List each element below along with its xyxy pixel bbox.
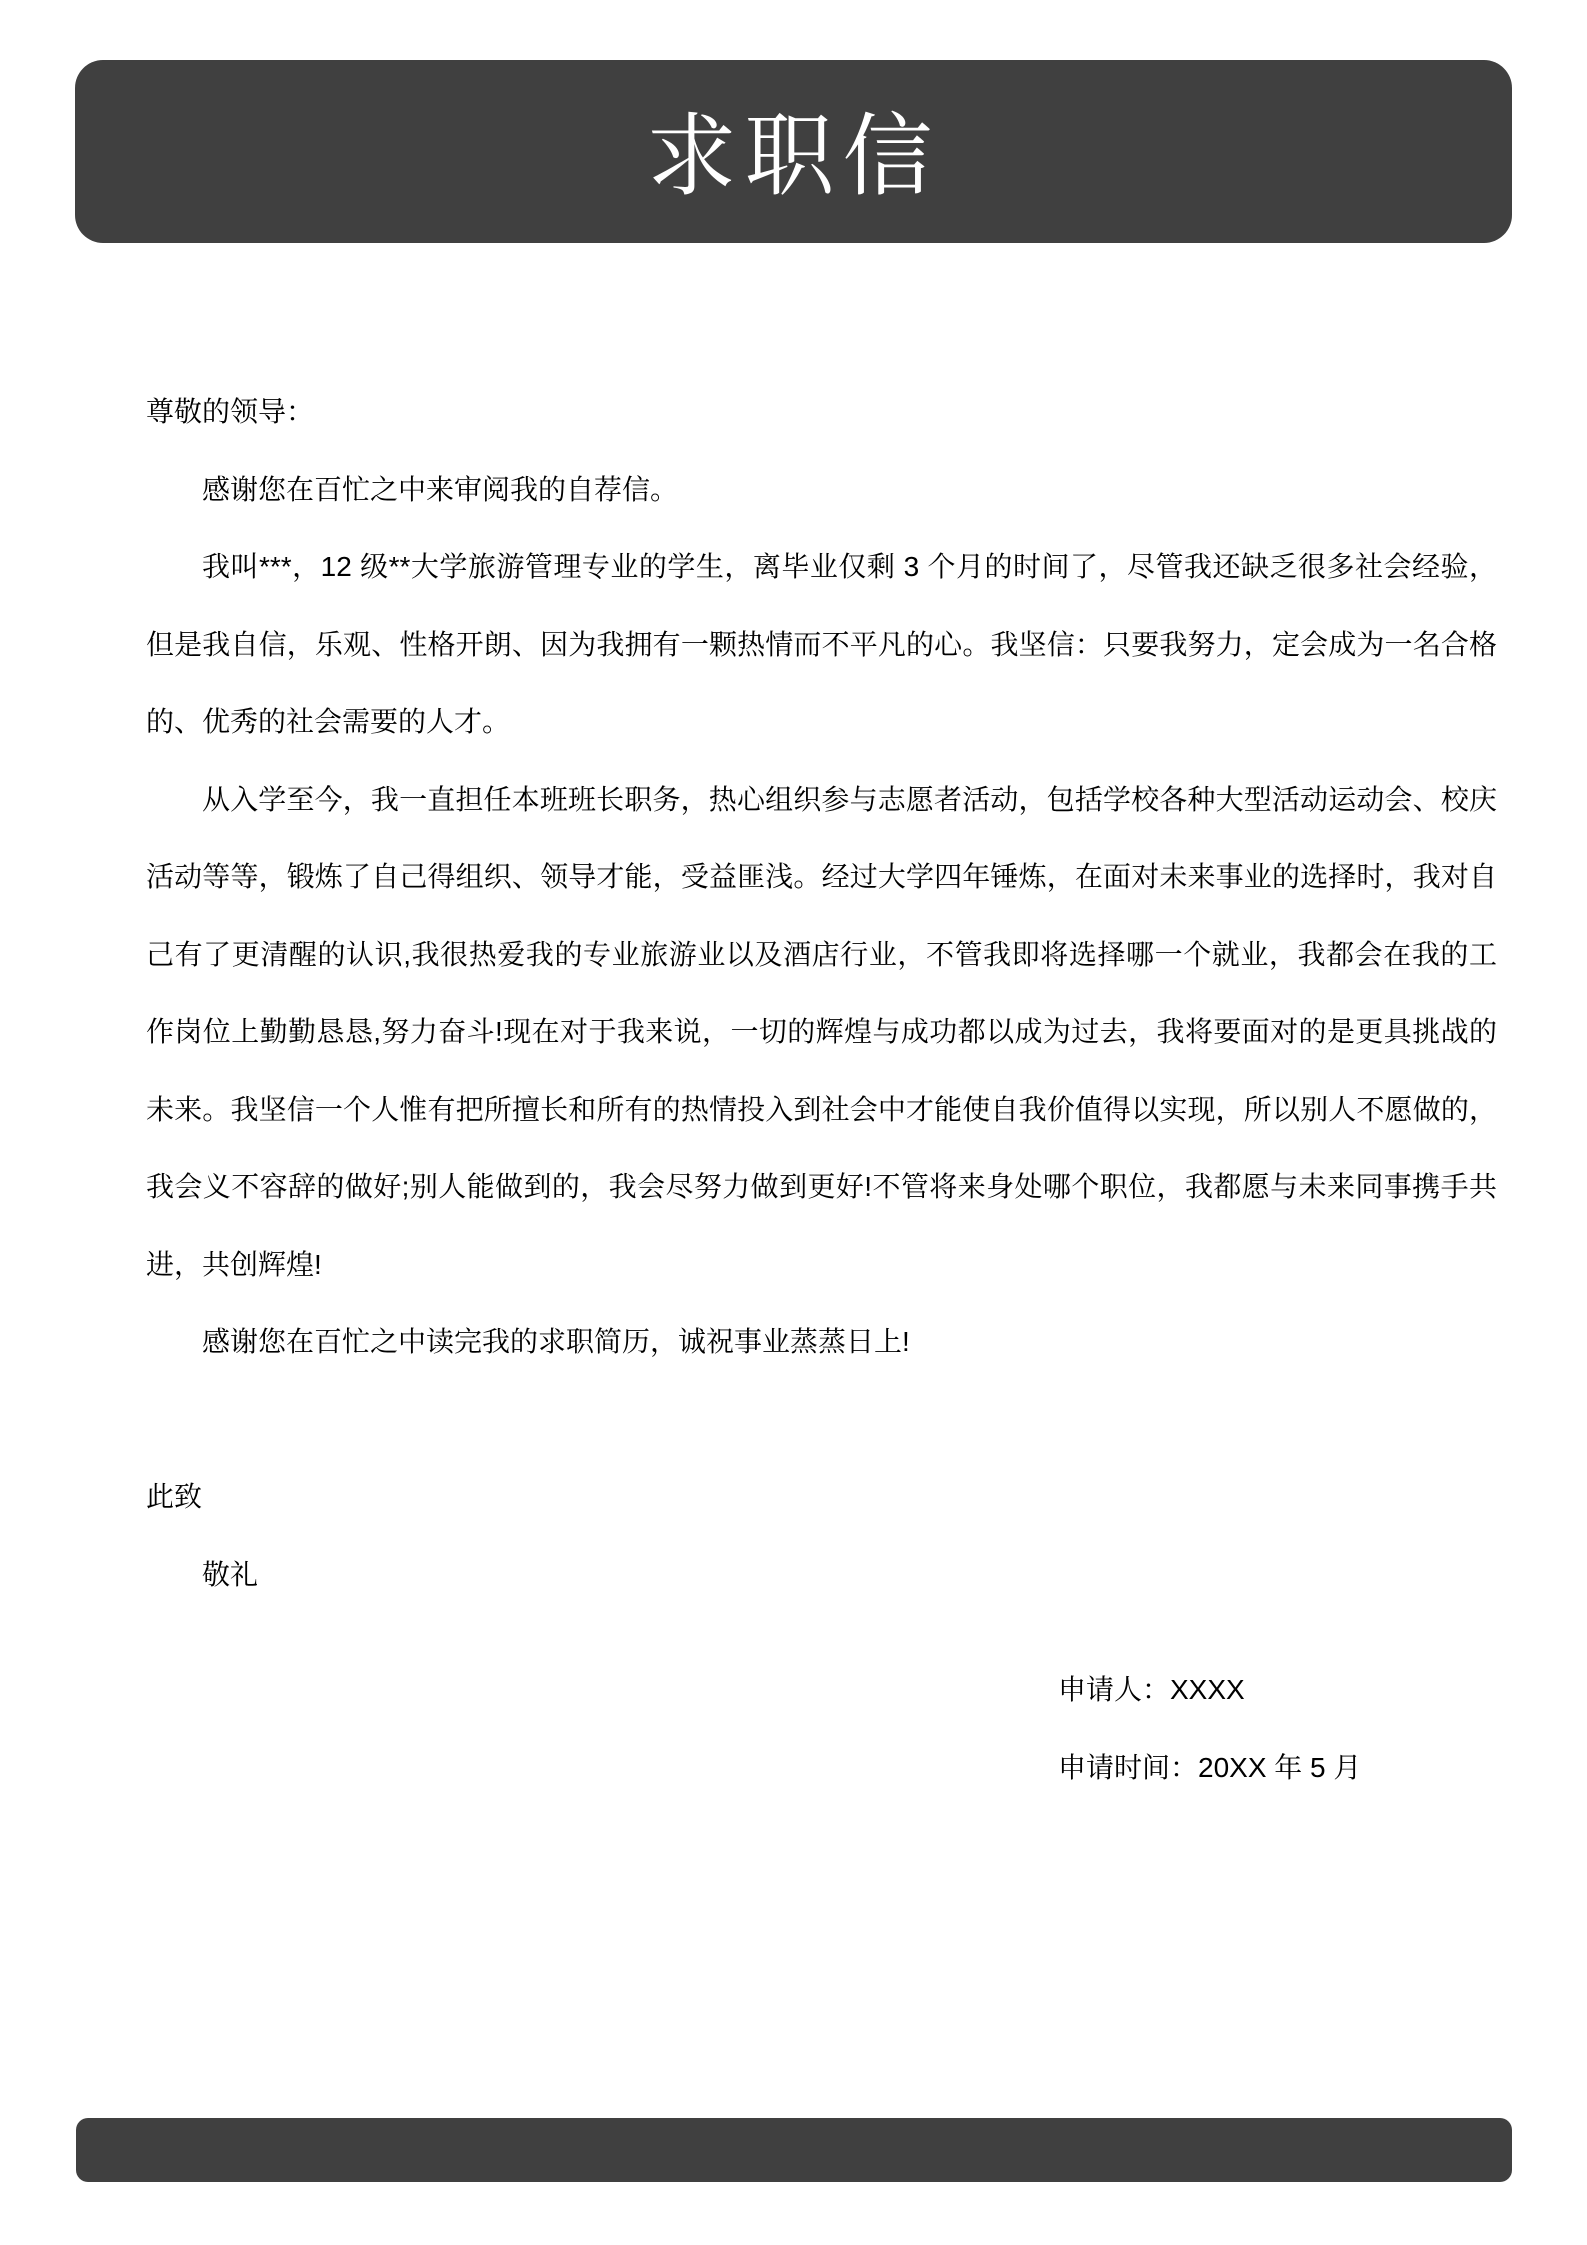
- paragraph: 我叫***，12 级**大学旅游管理专业的学生，离毕业仅剩 3 个月的时间了，尽…: [146, 528, 1497, 761]
- footer-bar: [76, 2118, 1512, 2182]
- closing-salute: 敬礼: [146, 1536, 1497, 1614]
- title-banner: 求职信: [75, 60, 1512, 243]
- paragraph: 感谢您在百忙之中读完我的求职简历，诚祝事业蒸蒸日上!: [146, 1303, 1497, 1381]
- page-title: 求职信: [647, 102, 941, 202]
- applicant-line: 申请人：XXXX: [1058, 1651, 1497, 1729]
- blank-line: [146, 1381, 1497, 1459]
- signature-block: 申请人：XXXX 申请时间：20XX 年 5 月: [1058, 1651, 1497, 1806]
- date-line: 申请时间：20XX 年 5 月: [1058, 1729, 1497, 1807]
- salutation: 尊敬的领导：: [146, 373, 1497, 451]
- document-page: 求职信 尊敬的领导： 感谢您在百忙之中来审阅我的自荐信。我叫***，12 级**…: [0, 0, 1587, 2245]
- letter-body: 尊敬的领导： 感谢您在百忙之中来审阅我的自荐信。我叫***，12 级**大学旅游…: [146, 373, 1497, 1806]
- paragraphs: 感谢您在百忙之中来审阅我的自荐信。我叫***，12 级**大学旅游管理专业的学生…: [146, 451, 1497, 1381]
- paragraph: 感谢您在百忙之中来审阅我的自荐信。: [146, 451, 1497, 529]
- blank-gap: [146, 1613, 1497, 1651]
- closing-respectfully: 此致: [146, 1458, 1497, 1536]
- paragraph: 从入学至今，我一直担任本班班长职务，热心组织参与志愿者活动，包括学校各种大型活动…: [146, 761, 1497, 1304]
